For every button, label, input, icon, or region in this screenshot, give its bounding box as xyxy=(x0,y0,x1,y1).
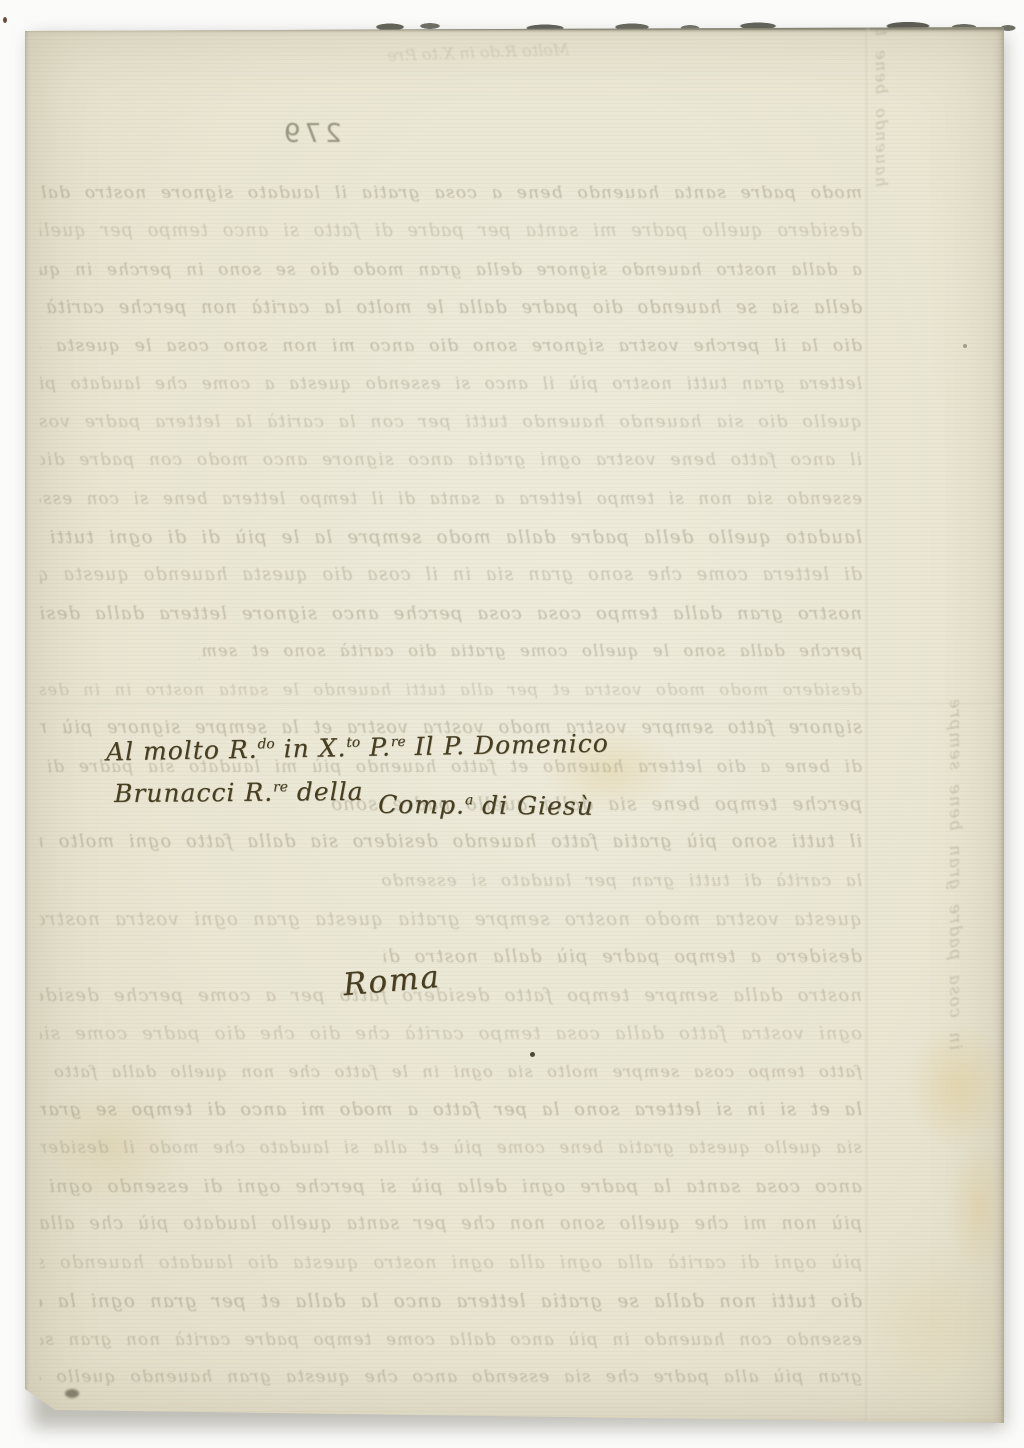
stain xyxy=(35,1082,185,1212)
dust-speck xyxy=(3,17,7,23)
superscript: re xyxy=(391,734,406,750)
address-text: P. xyxy=(360,732,391,762)
address-text: Al molto R. xyxy=(106,735,258,767)
bleedthrough-margin-column: hauendo bene tutti tutti bene cosa le so… xyxy=(865,0,891,187)
address-text: Comp.a di Giesù xyxy=(378,790,594,821)
fold-crease-vertical xyxy=(866,27,869,1424)
address-line-2: Brunacci R.re dellaComp.a di Giesù xyxy=(114,775,579,808)
ink-speck xyxy=(65,1389,79,1398)
letter-sheet: modo padre santa hauendo bene a cosa gra… xyxy=(25,27,1004,1424)
superscript: a xyxy=(464,792,472,808)
bleedthrough-margin-column: in cosa padre gran bene sempre in alla xyxy=(927,700,965,1050)
superscript: to xyxy=(346,735,360,751)
stain xyxy=(850,1237,1010,1407)
scan-backdrop: modo padre santa hauendo bene a cosa gra… xyxy=(0,0,1024,1448)
address-text: in X. xyxy=(274,733,346,763)
superscript: do xyxy=(257,736,274,752)
ink-speck xyxy=(963,344,967,348)
city-name: Roma xyxy=(342,959,443,1003)
bleedthrough-text-layer: modo padre santa hauendo bene a cosa gra… xyxy=(25,27,1004,1424)
page-number-mirrored: 279 xyxy=(280,119,342,149)
ink-speck xyxy=(530,1052,535,1057)
address-line-1: Al molto R.do in X.to P.re Il P. Domenic… xyxy=(106,729,609,767)
fold-crease-horizontal xyxy=(25,703,1004,706)
address-text: Brunacci R. xyxy=(114,778,273,808)
address-text: Il P. Domenico xyxy=(405,729,609,762)
address-text: della xyxy=(288,777,364,807)
superscript: re xyxy=(273,779,288,795)
bleedthrough-header-fragment: Molto R.do in X.to P.re xyxy=(387,40,570,65)
